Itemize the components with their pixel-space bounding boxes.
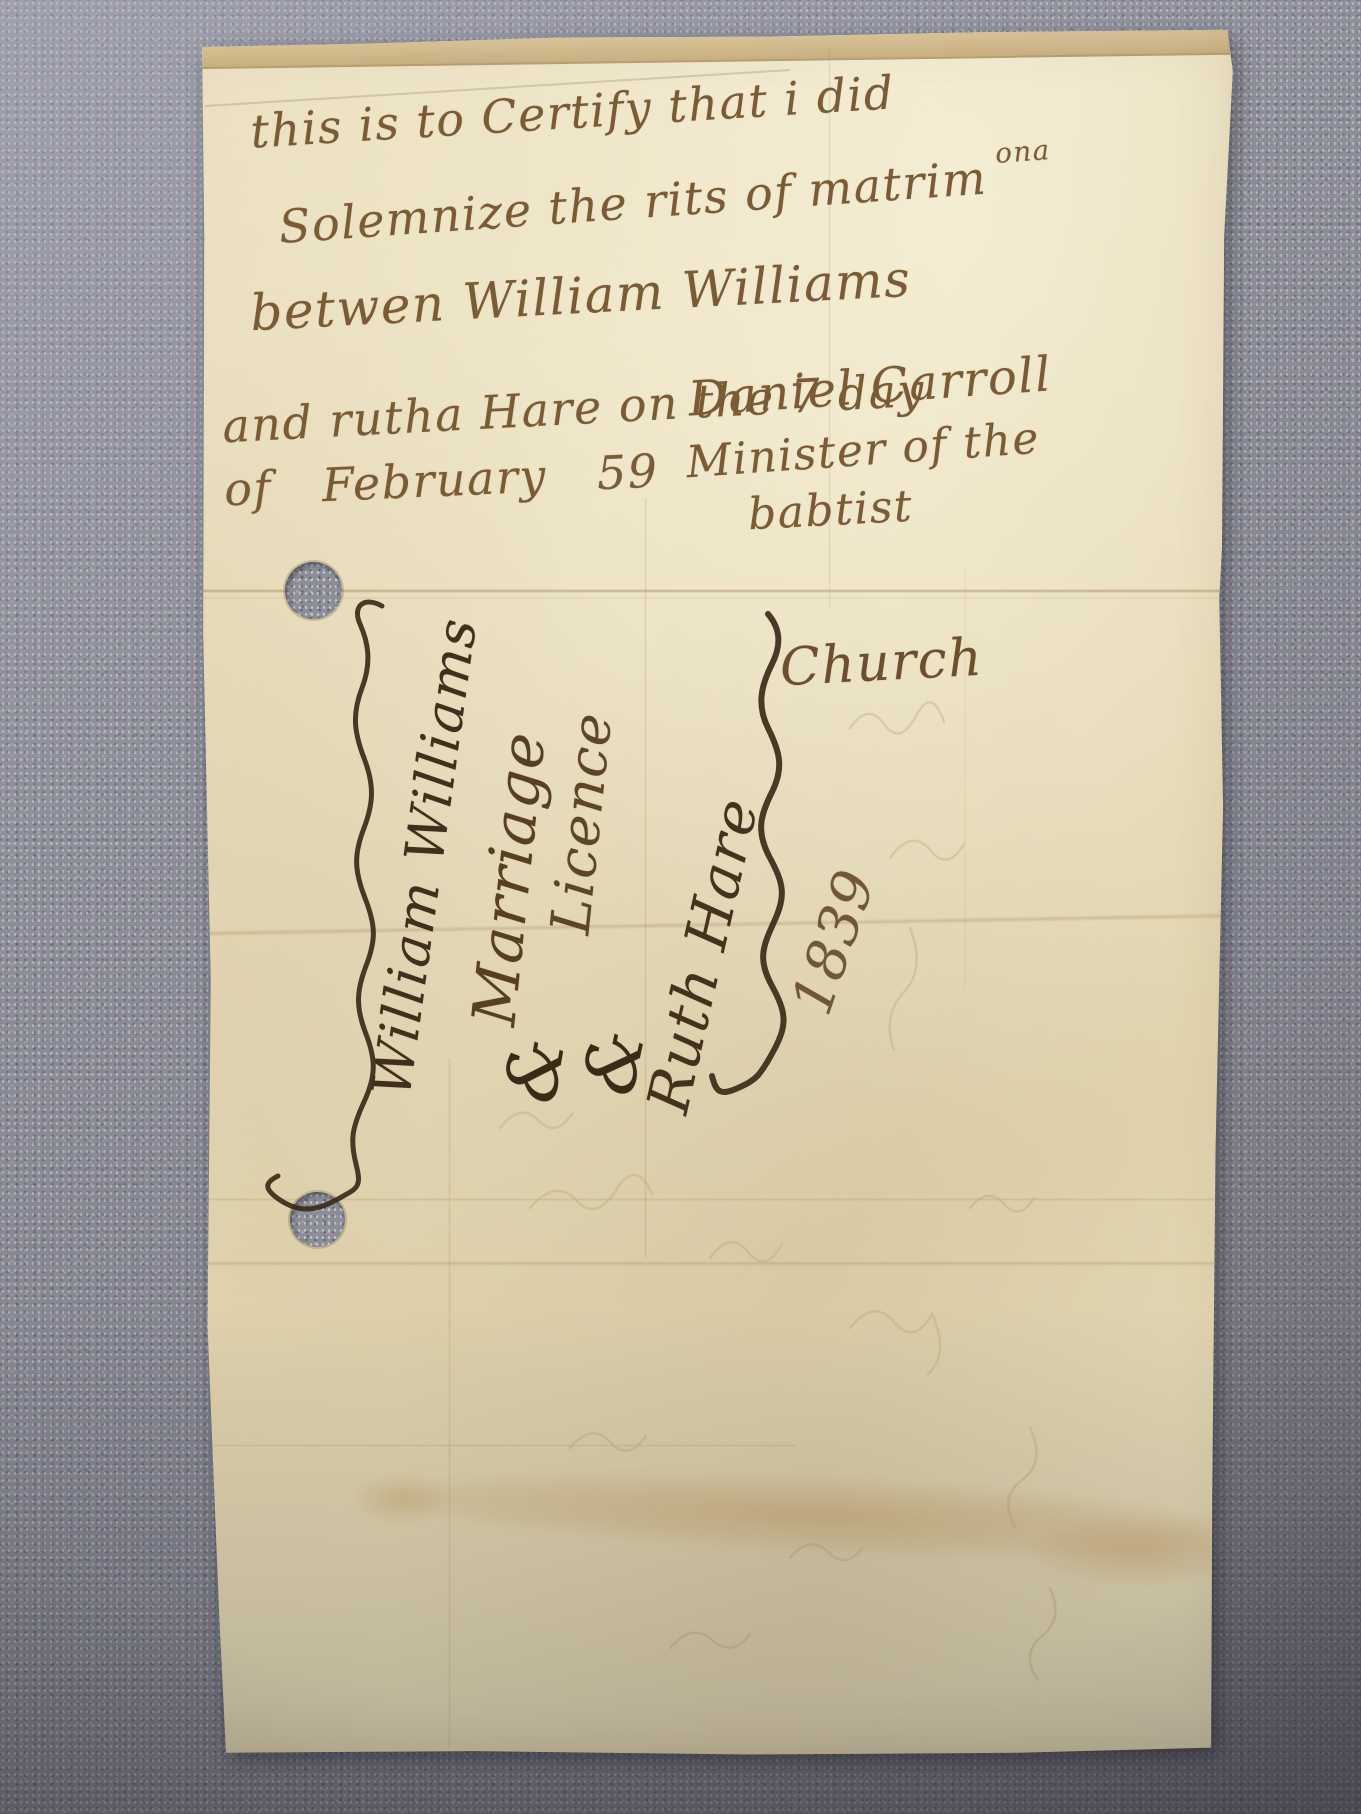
signature-line-4: Church	[779, 629, 985, 699]
superscript-ona: ona	[994, 133, 1052, 170]
photo-surface: { "colors": { "surface_gray": "#8c8d97",…	[0, 0, 1361, 1814]
document-paper: this is to Certify that i did Solemnize …	[150, 28, 1235, 1758]
document-paper-wrap: this is to Certify that i did Solemnize …	[150, 28, 1235, 1758]
docket-bracket-left	[268, 602, 382, 1209]
signature-line-3: babtist	[747, 482, 915, 541]
